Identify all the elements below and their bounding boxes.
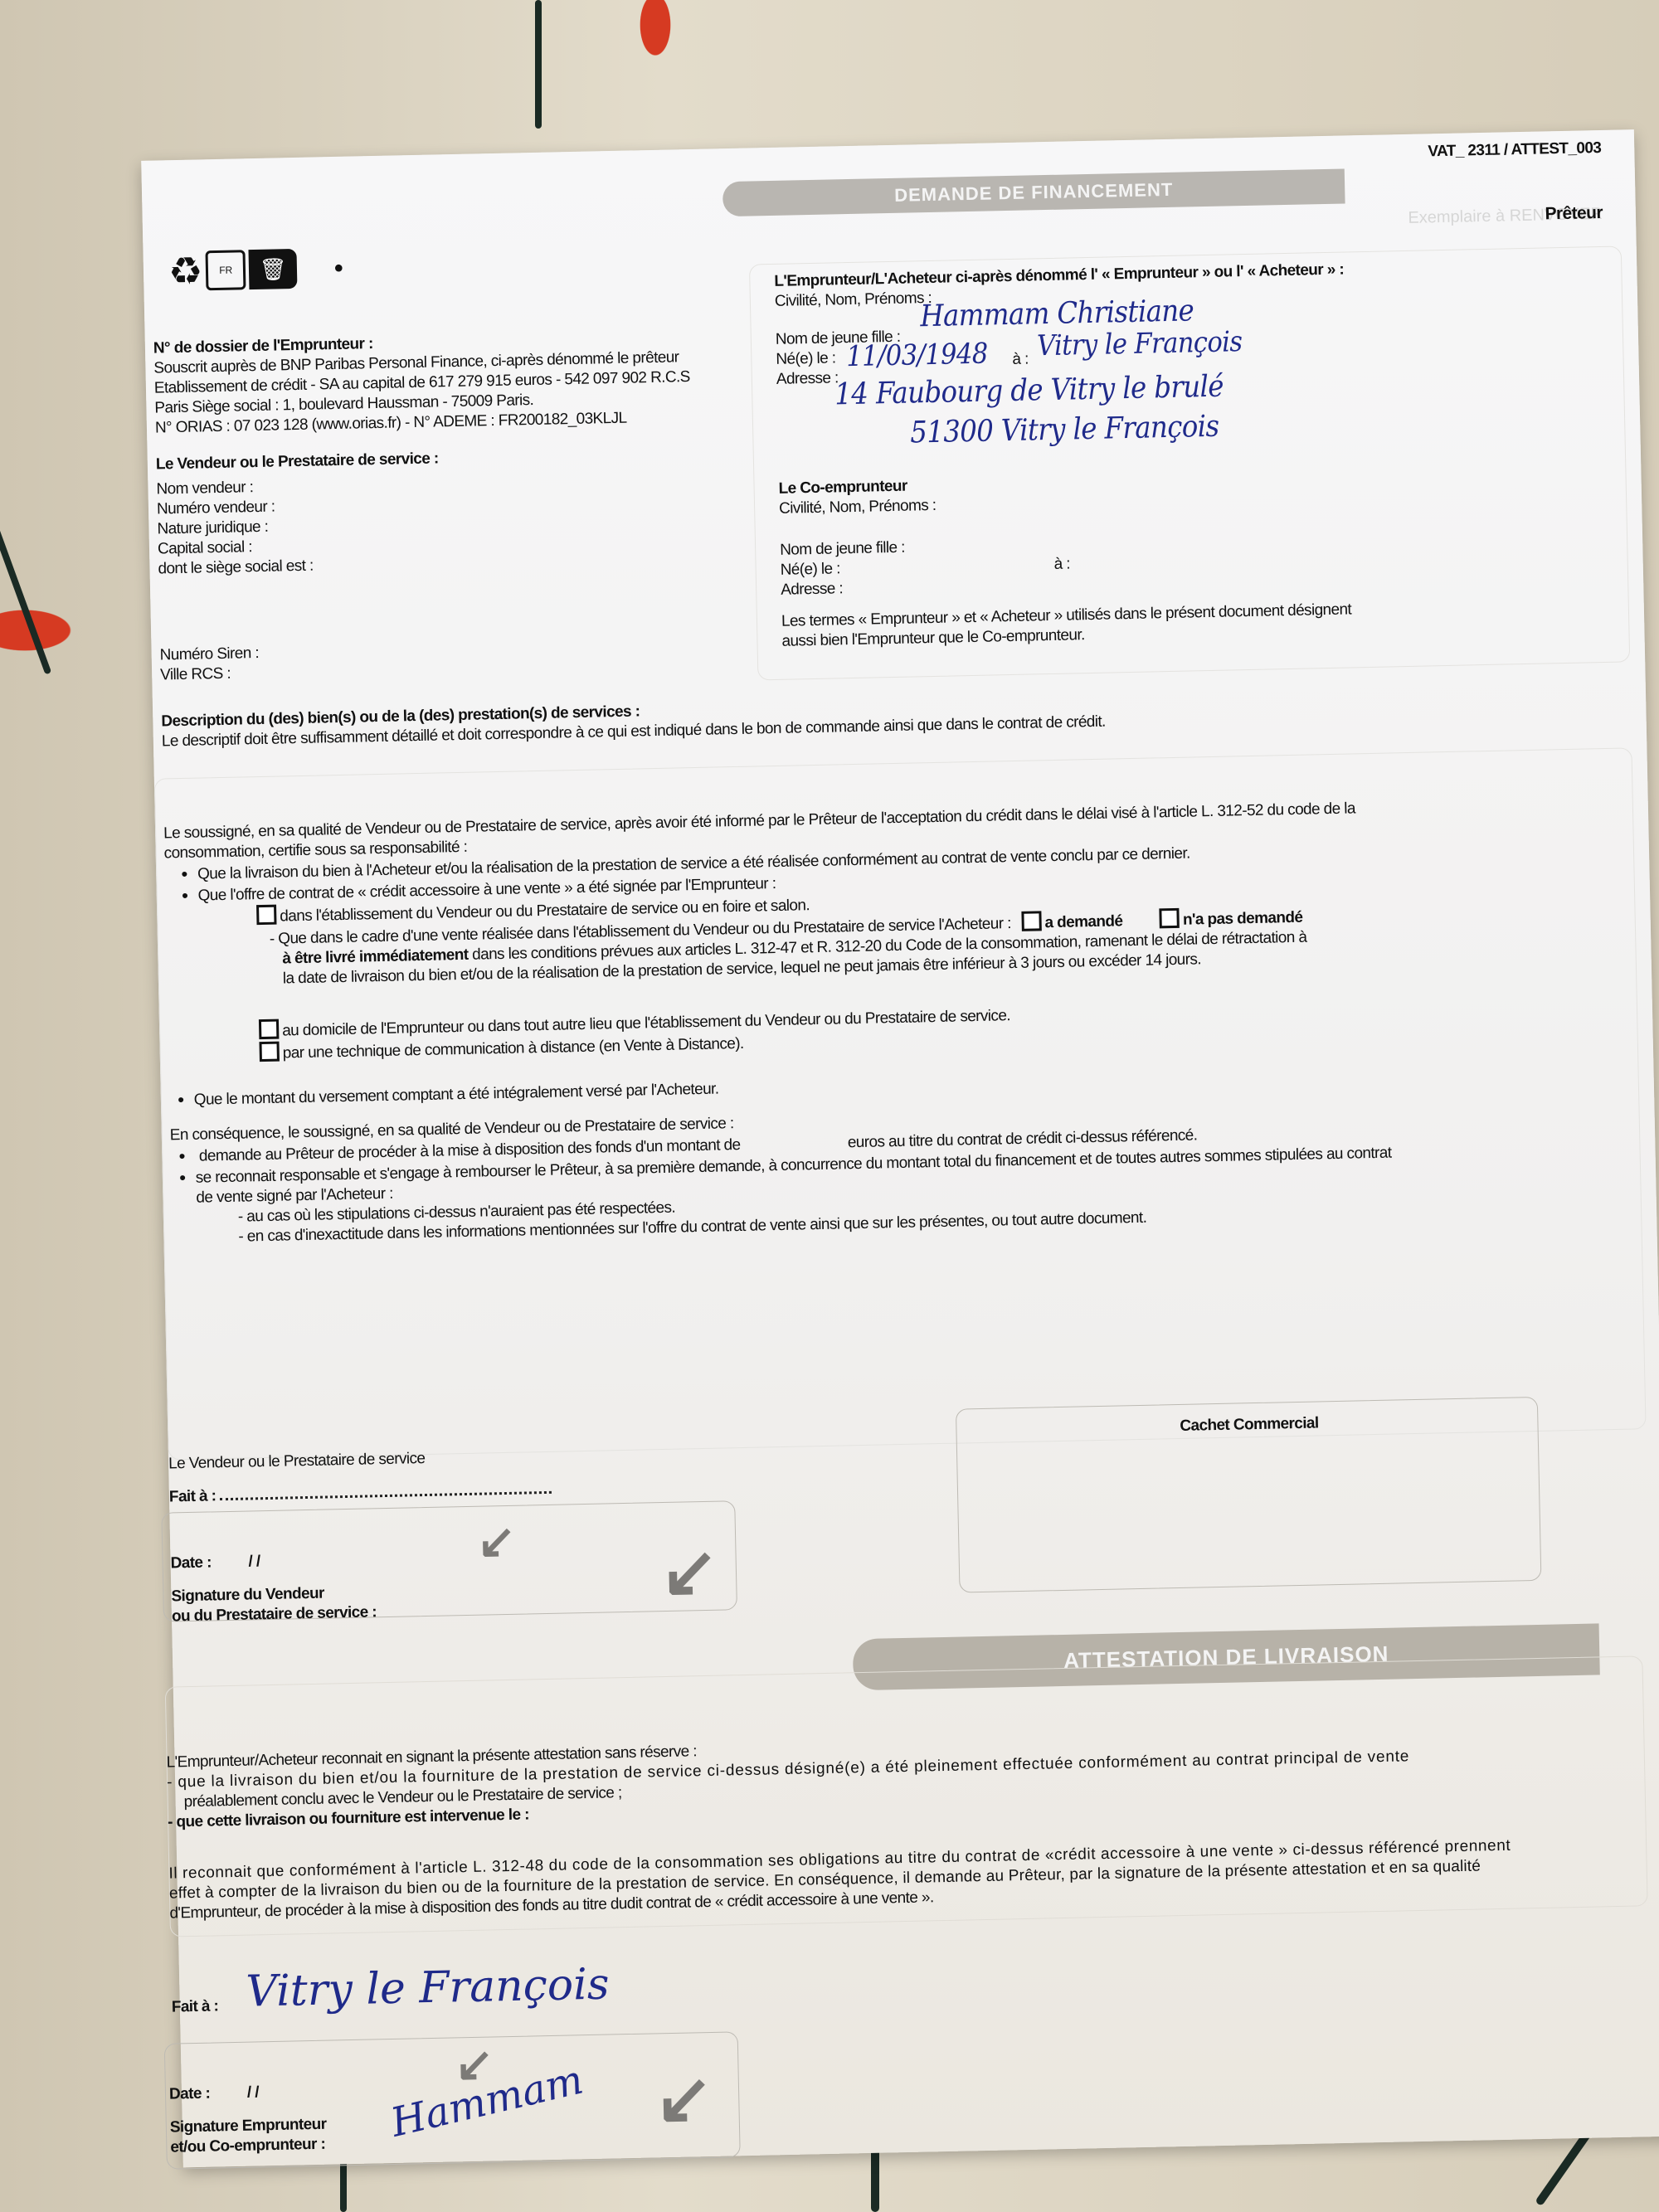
- copy-label: Prêteur: [1545, 202, 1603, 226]
- vendor-date-label: Date : / /: [170, 1552, 260, 1573]
- borrower-name-value[interactable]: Hammam Christiane: [920, 301, 1194, 327]
- borrower-date-field[interactable]: / /: [247, 2083, 259, 2101]
- borrower-address-line1[interactable]: 14 Faubourg de Vitry le brulé: [834, 377, 1224, 406]
- checkbox-distance[interactable]: [259, 1042, 279, 1062]
- borrower-block: L'Emprunteur/L'Acheteur ci-après dénommé…: [774, 255, 1606, 390]
- triman-recycle-icon: ♻: [168, 251, 203, 290]
- delivered-immediately: à être livré immédiatement: [282, 946, 469, 968]
- trash-bin-icon: 🗑: [249, 249, 298, 289]
- checkbox-establishment[interactable]: [256, 905, 276, 925]
- borrower-fait-label: Fait à :: [172, 1996, 219, 2017]
- borrower-fait-value[interactable]: Vitry le François: [246, 1960, 610, 2017]
- financing-form-page: VAT_ 2311 / ATTEST_003 DEMANDE DE FINANC…: [141, 129, 1659, 2167]
- borrower-address-line2[interactable]: 51300 Vitry le François: [910, 417, 1219, 444]
- checkbox-asked[interactable]: [1021, 911, 1041, 931]
- coborrower-birthplace-label[interactable]: à :: [1053, 555, 1070, 575]
- commercial-stamp-title: Cachet Commercial: [1180, 1413, 1319, 1436]
- certification-block: Le soussigné, en sa qualité de Vendeur o…: [163, 794, 1632, 1249]
- document-reference: VAT_ 2311 / ATTEST_003: [1428, 139, 1601, 162]
- amount-field[interactable]: [744, 1147, 844, 1150]
- borrower-date-label: Date : / /: [169, 2083, 259, 2104]
- option-not-asked: n'a pas demandé: [1183, 909, 1303, 929]
- sign-here-arrow-icon: ↙: [654, 2057, 713, 2139]
- sign-here-arrow-icon: ↙: [476, 1514, 516, 1569]
- dot-mark: ●: [333, 258, 344, 277]
- sorting-info-icon: FR: [206, 250, 246, 290]
- borrower-birthdate-value[interactable]: 11/03/1948: [846, 344, 988, 367]
- vendor-fait-field[interactable]: [220, 1491, 552, 1500]
- vendor-fait-a: Fait à :: [169, 1480, 552, 1508]
- description-block: Description du (des) bien(s) ou de la (d…: [161, 683, 1572, 752]
- checkbox-home[interactable]: [259, 1019, 279, 1039]
- tablecloth-pattern: [0, 469, 51, 674]
- vendor-signature-label: Signature du Vendeur ou du Prestataire d…: [171, 1582, 377, 1626]
- tablecloth-pattern: [1535, 2129, 1593, 2206]
- borrower-birthplace-value[interactable]: Vitry le François: [1037, 332, 1243, 356]
- lender-block: N° de dossier de l'Emprunteur : Souscrit…: [153, 327, 719, 438]
- attestation-block: L'Emprunteur/Acheteur reconnait en signa…: [166, 1722, 1654, 1923]
- vendor-fait-label: Fait à :: [169, 1487, 216, 1505]
- tablecloth-pattern: [535, 0, 542, 129]
- vendor-date-field[interactable]: / /: [248, 1553, 260, 1570]
- vendor-signature-title: Le Vendeur ou le Prestataire de service: [168, 1449, 426, 1474]
- vendor-block: Le Vendeur ou le Prestataire de service …: [156, 445, 675, 686]
- borrower-birthplace-label: à :: [1012, 350, 1029, 370]
- sub-clause: ramenant le délai de rétractation à: [1085, 929, 1307, 951]
- option-asked: a demandé: [1044, 912, 1122, 931]
- checkbox-not-asked[interactable]: [1160, 908, 1180, 928]
- sign-here-arrow-icon: ↙: [659, 1530, 719, 1612]
- coborrower-block: Le Co-emprunteur Civilité, Nom, Prénoms …: [778, 462, 1611, 652]
- borrower-signature-label: Signature Emprunteur et/ou Co-emprunteur…: [170, 2115, 328, 2158]
- banner-demande-financement: DEMANDE DE FINANCEMENT: [722, 168, 1345, 216]
- recycling-logos: ♻ FR 🗑 ●: [168, 248, 343, 291]
